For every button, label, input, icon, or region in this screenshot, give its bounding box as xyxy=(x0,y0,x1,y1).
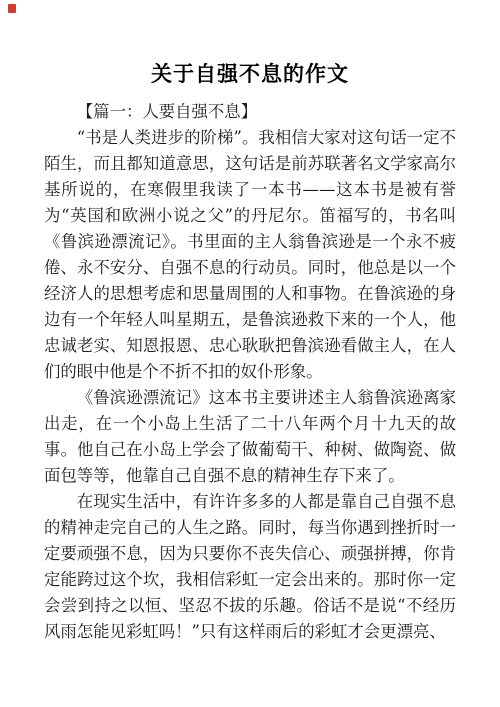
essay-body: 【篇一：人要自强不息】 “书是人类进步的阶梯”。我相信大家对这句话一定不陌生，而… xyxy=(44,99,456,645)
page-title: 关于自强不息的作文 xyxy=(0,61,500,88)
section-heading: 【篇一：人要自强不息】 xyxy=(44,99,456,125)
document-page: 关于自强不息的作文 【篇一：人要自强不息】 “书是人类进步的阶梯”。我相信大家对… xyxy=(0,0,500,707)
paragraph: 在现实生活中，有许许多多的人都是靠自己自强不息的精神走完自己的人生之路。同时，每… xyxy=(44,489,456,645)
red-corner-icon xyxy=(8,4,16,13)
paragraph: 《鲁滨逊漂流记》这本书主要讲述主人翁鲁滨逊离家出走，在一个小岛上生活了二十八年两… xyxy=(44,385,456,489)
paragraph: “书是人类进步的阶梯”。我相信大家对这句话一定不陌生，而且都知道意思，这句话是前… xyxy=(44,125,456,385)
